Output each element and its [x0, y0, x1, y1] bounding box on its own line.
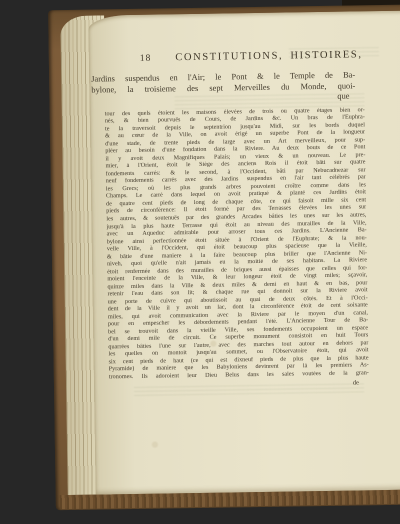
chapter-subtitle: Jardins suspendus en l'Air; le Pont & le… [91, 70, 355, 106]
running-header: 18 CONSTITUTIONS, HISTOIRES, [104, 49, 364, 64]
book-page: 18 CONSTITUTIONS, HISTOIRES, Jardins sus… [88, 10, 400, 494]
body-text: tour des quels étoient les maisons élevé… [105, 107, 369, 382]
photo-background: 18 CONSTITUTIONS, HISTOIRES, Jardins sus… [0, 0, 400, 524]
page-content: 18 CONSTITUTIONS, HISTOIRES, Jardins sus… [103, 11, 369, 390]
running-title: CONSTITUTIONS, HISTOIRES, [175, 49, 362, 63]
book: 18 CONSTITUTIONS, HISTOIRES, Jardins sus… [48, 9, 400, 507]
page-number: 18 [140, 54, 152, 64]
